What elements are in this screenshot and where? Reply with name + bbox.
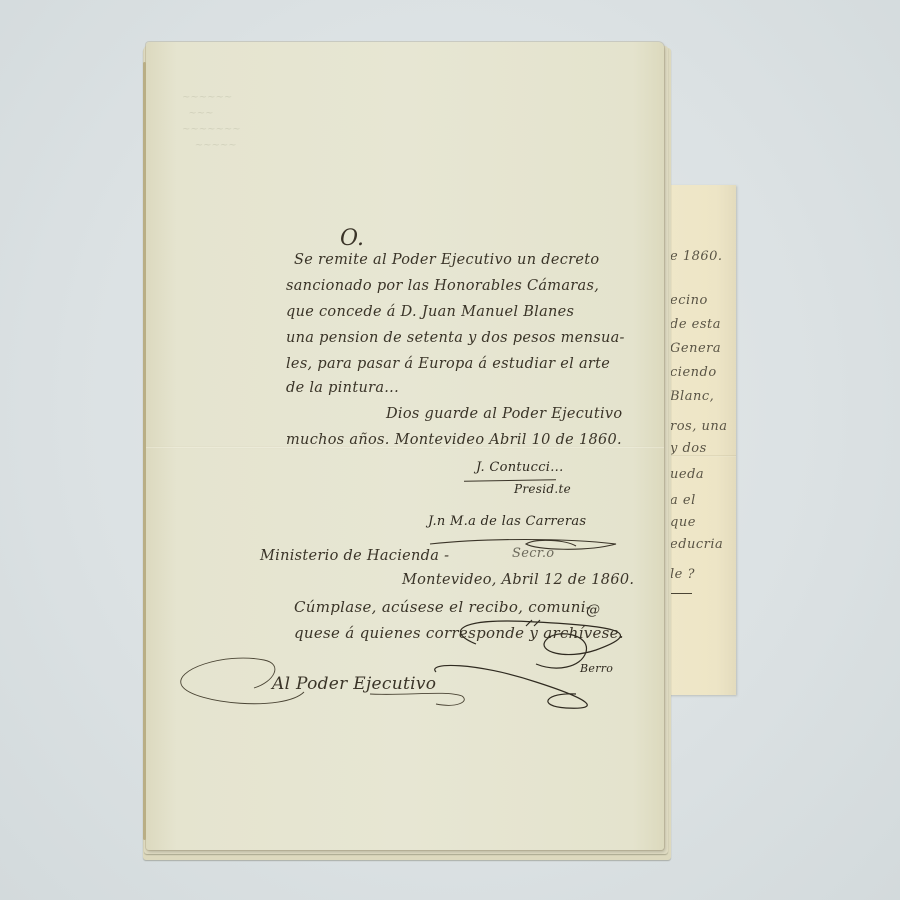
ministry-header: Ministerio de Hacienda -	[260, 548, 449, 564]
slip-line: ros, una	[670, 419, 727, 434]
minister-signature: Berro	[580, 662, 613, 675]
president-title: Presid.te	[514, 482, 571, 496]
paragraph-line: de la pintura...	[286, 380, 399, 396]
ministry-text-line: Cúmplase, acúsese el recibo, comuni-	[294, 598, 591, 616]
slip-line: Blanc,	[670, 389, 714, 404]
salutation: O.	[340, 226, 364, 251]
paragraph-line: una pension de setenta y dos pesos mensu…	[286, 330, 625, 346]
sheet-edge	[143, 62, 146, 840]
rubric-initial: @	[586, 602, 600, 618]
ministry-text-line: quese á quienes corresponde y archívese.	[294, 624, 624, 642]
president-signature: J. Contucci...	[476, 460, 564, 475]
slip-line: ecino	[670, 293, 708, 308]
ministry-margin-note: Secr.o	[512, 546, 554, 561]
ministry-place-date: Montevideo, Abril 12 de 1860.	[402, 572, 634, 588]
paragraph-line: les, para pasar á Europa á estudiar el a…	[286, 356, 610, 372]
slip-line: ciendo	[670, 365, 717, 380]
slip-line: y dos	[670, 441, 707, 456]
slip-line: a el	[670, 493, 696, 508]
closing-line: Dios guarde al Poder Ejecutivo	[386, 406, 622, 422]
paragraph-line: Se remite al Poder Ejecutivo un decreto	[294, 252, 599, 268]
slip-line: de esta	[670, 317, 721, 332]
slip-line: ueda	[670, 467, 704, 482]
main-sheet: ~~~~~~ ~~~~~~~~~~ ~~~~~ O. Se remite al …	[146, 42, 664, 850]
slip-line: educria	[670, 537, 723, 552]
slip-line: le ?	[670, 567, 695, 582]
closing-line: muchos años. Montevideo Abril 10 de 1860…	[286, 432, 622, 448]
slip-line: que	[670, 515, 696, 530]
slip-line: e 1860.	[670, 249, 723, 264]
slip-line: Genera	[670, 341, 721, 356]
slip-dash	[670, 593, 692, 594]
secretary-signature: J.n M.a de las Carreras	[428, 514, 586, 529]
paragraph-line: que concede á D. Juan Manuel Blanes	[286, 304, 574, 320]
faded-pencil-note: ~~~~~~ ~~~~~~~~~~ ~~~~~	[182, 90, 302, 154]
address-line: Al Poder Ejecutivo	[272, 674, 436, 694]
paragraph-line: sancionado por las Honorables Cámaras,	[286, 278, 599, 294]
